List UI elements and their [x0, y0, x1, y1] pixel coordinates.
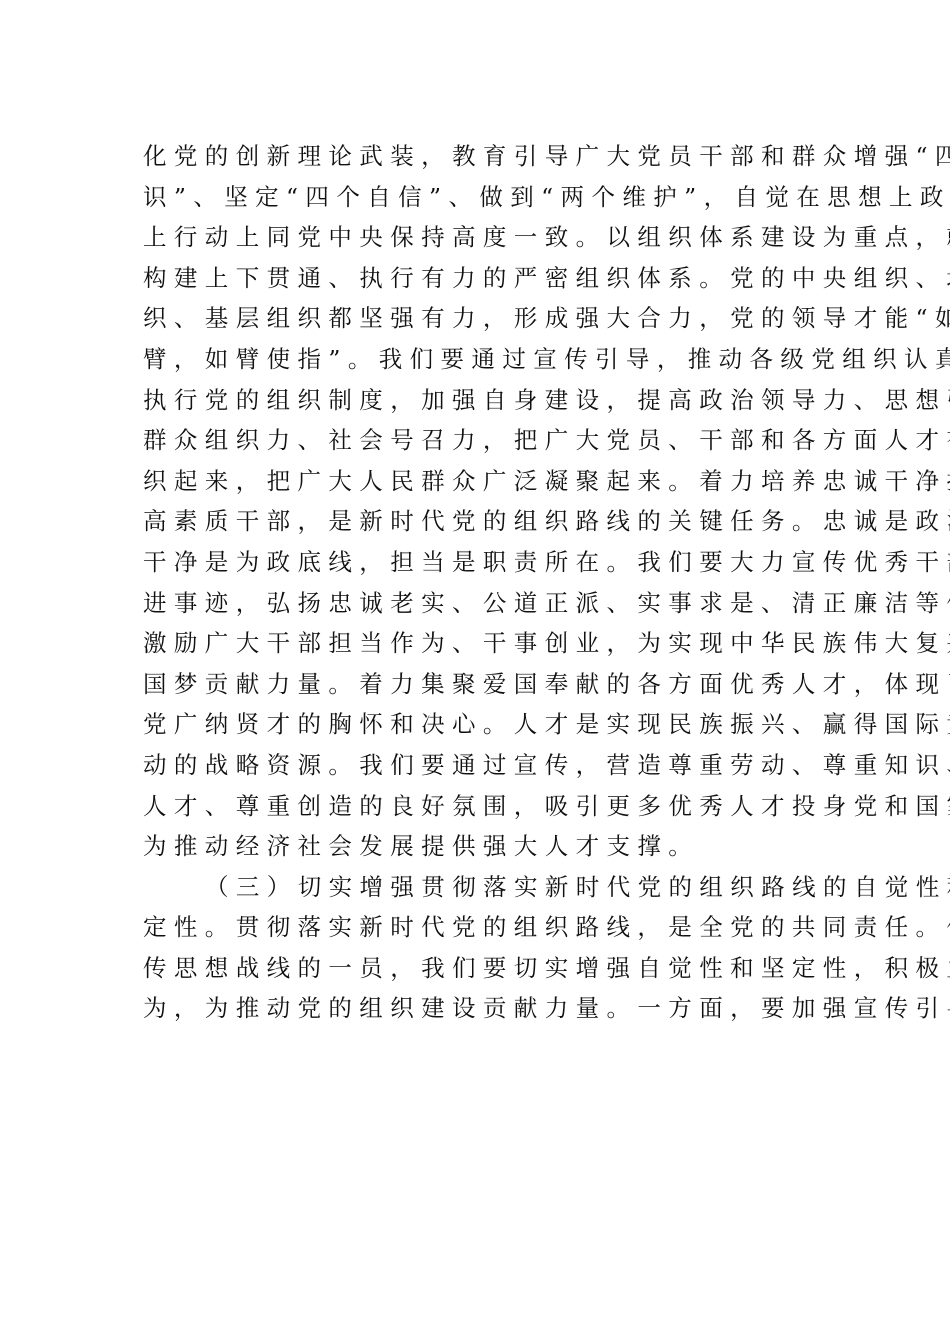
text-line: 动的战略资源。我们要通过宣传，营造尊重劳动、尊重知识、尊重 [143, 745, 823, 786]
text-line: 激励广大干部担当作为、干事创业，为实现中华民族伟大复兴的中 [143, 623, 823, 664]
text-line: 为，为推动党的组织建设贡献力量。一方面，要加强宣传引导，让 [143, 988, 823, 1029]
text-line: 进事迹，弘扬忠诚老实、公道正派、实事求是、清正廉洁等价值观， [143, 583, 823, 624]
text-line: 识”、坚定“四个自信”、做到“两个维护”，自觉在思想上政治 [143, 177, 823, 218]
text-line: 高素质干部，是新时代党的组织路线的关键任务。忠诚是政治底色， [143, 501, 823, 542]
text-line: 臂，如臂使指”。我们要通过宣传引导，推动各级党组织认真贯彻 [143, 339, 823, 380]
text-line: 群众组织力、社会号召力，把广大党员、干部和各方面人才有效组 [143, 420, 823, 461]
text-line: 为推动经济社会发展提供强大人才支撑。 [143, 826, 823, 867]
text-line: 国梦贡献力量。着力集聚爱国奉献的各方面优秀人才，体现了我们 [143, 664, 823, 705]
text-line: 织、基层组织都坚强有力，形成强大合力，党的领导才能“如身使 [143, 298, 823, 339]
text-line: 党广纳贤才的胸怀和决心。人才是实现民族振兴、赢得国际竞争主 [143, 704, 823, 745]
body-text: 化党的创新理论武装，教育引导广大党员干部和群众增强“四个意 识”、坚定“四个自信… [143, 136, 823, 1029]
text-line: 上行动上同党中央保持高度一致。以组织体系建设为重点，就是要 [143, 217, 823, 258]
text-line: 传思想战线的一员，我们要切实增强自觉性和坚定性，积极主动作 [143, 948, 823, 989]
document-page: 化党的创新理论武装，教育引导广大党员干部和群众增强“四个意 识”、坚定“四个自信… [0, 0, 950, 1344]
text-line: 执行党的组织制度，加强自身建设，提高政治领导力、思想引领力、 [143, 380, 823, 421]
text-line: 干净是为政底线，担当是职责所在。我们要大力宣传优秀干部的先 [143, 542, 823, 583]
text-line: 构建上下贯通、执行有力的严密组织体系。党的中央组织、地方组 [143, 258, 823, 299]
text-line: 定性。贯彻落实新时代党的组织路线，是全党的共同责任。作为宣 [143, 907, 823, 948]
text-line: 织起来，把广大人民群众广泛凝聚起来。着力培养忠诚干净担当的 [143, 461, 823, 502]
text-line: 人才、尊重创造的良好氛围，吸引更多优秀人才投身党和国家事业， [143, 786, 823, 827]
text-line: 化党的创新理论武装，教育引导广大党员干部和群众增强“四个意 [143, 136, 823, 177]
section-heading-line: （三）切实增强贯彻落实新时代党的组织路线的自觉性和坚 [143, 867, 823, 908]
